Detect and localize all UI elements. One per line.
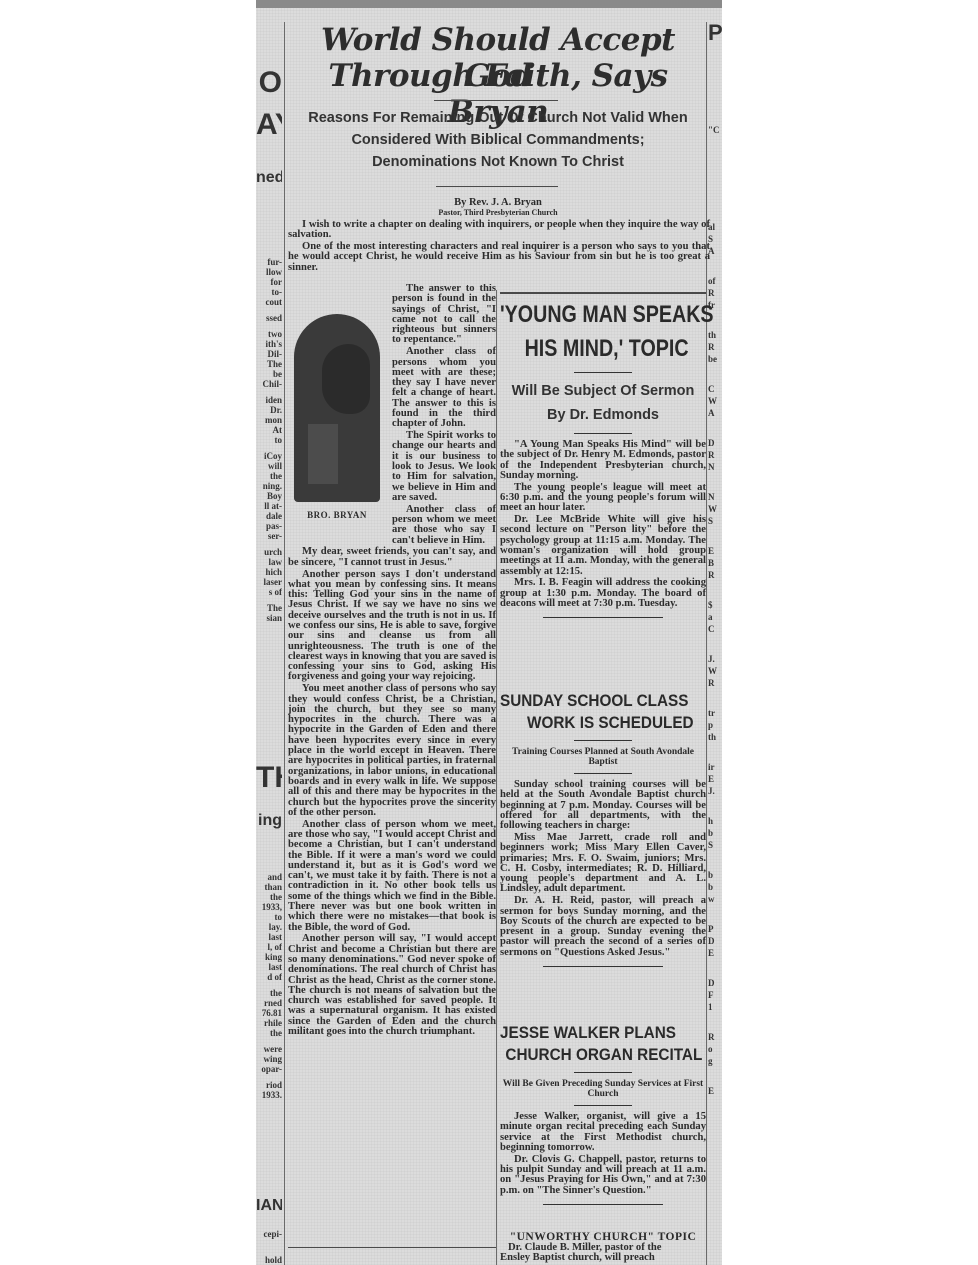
paragraph: Dr. A. H. Reid, pastor, will preach a se…	[500, 896, 706, 958]
left-fragment-text: 1933.	[256, 1091, 282, 1100]
left-fragment-text: rhile	[256, 1019, 282, 1028]
left-fragment-text: rned	[256, 999, 282, 1008]
sunday-school-body: Sunday school training courses will be h…	[500, 780, 706, 958]
right-fragment-text: R	[708, 1032, 722, 1042]
newspaper-page: OAYnedfur-llowforto-coutssedtwoith'sDil-…	[256, 0, 722, 1265]
left-fragment-text: TH	[256, 763, 282, 793]
left-fragment-text: to	[256, 436, 282, 445]
right-fragment-text: S	[708, 840, 722, 850]
young-man-article: 'YOUNG MAN SPEAKS HIS MIND,' TOPIC Will …	[500, 298, 706, 626]
right-fragment-text: al	[708, 222, 722, 232]
main-article-end-rule	[288, 1247, 496, 1248]
paragraph: Miss Mae Jarrett, crade roll and beginne…	[500, 833, 706, 895]
right-fragment-text: R	[708, 288, 722, 298]
right-fragment-text: D	[708, 978, 722, 988]
jesse-walker-subhead: Will Be Given Preceding Sunday Services …	[500, 1079, 706, 1099]
right-fragment-text: 1	[708, 1002, 722, 1012]
byline-author: By Rev. J. A. Bryan	[454, 197, 542, 208]
young-man-subhead-2: By Dr. Edmonds	[500, 403, 706, 427]
left-fragment-text: wing	[256, 1055, 282, 1064]
paragraph: Sunday school training courses will be h…	[500, 780, 706, 831]
right-fragment-text: P	[708, 22, 722, 44]
left-fragment-text: law	[256, 558, 282, 567]
left-fragment-text: cepi-	[256, 1230, 282, 1239]
left-fragment-text: to	[256, 913, 282, 922]
left-fragment-text: ing	[256, 813, 282, 829]
right-fragment-text: C	[708, 624, 722, 634]
left-fragment-text: mon	[256, 416, 282, 425]
right-fragment-text: W	[708, 396, 722, 406]
left-fragment-text: AY	[256, 110, 282, 140]
divider	[574, 1105, 632, 1106]
left-fragment-text: Boy	[256, 492, 282, 501]
young-man-subhead-1: Will Be Subject Of Sermon	[500, 379, 706, 403]
sunday-school-headline-2: WORK IS SCHEDULED	[500, 712, 722, 734]
main-article-column: BRO. BRYAN The answer to this person is …	[288, 284, 496, 1262]
paragraph: Another person will say, "I would accept…	[288, 934, 496, 1037]
photo-caption: BRO. BRYAN	[288, 510, 386, 520]
left-fragment-text: lay.	[256, 923, 282, 932]
right-fragment-text: h	[708, 816, 722, 826]
left-fragment-text: urch	[256, 548, 282, 557]
divider	[543, 1204, 663, 1205]
byline: By Rev. J. A. Bryan Pastor, Third Presby…	[286, 197, 710, 217]
right-fragment-text: $	[708, 600, 722, 610]
young-man-body: "A Young Man Speaks His Mind" will be th…	[500, 440, 706, 609]
paragraph: I wish to write a chapter on dealing wit…	[288, 220, 710, 241]
right-fragment-text: W	[708, 666, 722, 676]
left-fragment-text: sian	[256, 614, 282, 623]
left-fragment-text: fur-	[256, 258, 282, 267]
paragraph: "A Young Man Speaks His Mind" will be th…	[500, 440, 706, 481]
paragraph: Mrs. I. B. Feagin will address the cooki…	[500, 578, 706, 609]
left-fragment-text: 1933,	[256, 903, 282, 912]
deck-line-1: Reasons For Remaining Out Of Church Not …	[286, 107, 710, 129]
right-fragment-text: b	[708, 870, 722, 880]
left-fragment-text: for	[256, 278, 282, 287]
left-fragment-text: pas-	[256, 522, 282, 531]
paragraph: My dear, sweet friends, you can't say, a…	[288, 547, 496, 568]
divider	[543, 966, 663, 967]
bryan-photo: BRO. BRYAN	[288, 314, 386, 544]
sunday-school-subhead: Training Courses Planned at South Avonda…	[500, 747, 706, 767]
left-fragment-text: the	[256, 1029, 282, 1038]
right-fragment-text: E	[708, 546, 722, 556]
left-fragment-text: s of	[256, 588, 282, 597]
left-fragment-text: the	[256, 472, 282, 481]
paragraph: Jesse Walker, organist, will give a 15 m…	[500, 1112, 706, 1153]
left-fragment-text: hich	[256, 568, 282, 577]
right-fragment-text: b	[708, 828, 722, 838]
left-fragment-text: be	[256, 370, 282, 379]
right-fragment-text: R	[708, 450, 722, 460]
sunday-school-article: SUNDAY SCHOOL CLASS WORK IS SCHEDULED Tr…	[500, 690, 706, 975]
right-fragment-text: R	[708, 678, 722, 688]
left-fragment-text: cout	[256, 298, 282, 307]
right-fragment-text: a	[708, 612, 722, 622]
unworthy-church-line-2: Ensley Baptist church, will preach	[500, 1253, 706, 1263]
divider	[574, 740, 632, 741]
divider	[574, 372, 632, 373]
divider	[574, 433, 632, 434]
paragraph: Another person says I don't understand w…	[288, 570, 496, 683]
young-man-headline-1: 'YOUNG MAN SPEAKS	[500, 298, 705, 332]
right-fragment-text: A	[708, 408, 722, 418]
left-fragment-text: Dil-	[256, 350, 282, 359]
left-fragment-text: to-	[256, 288, 282, 297]
byline-title: Pastor, Third Presbyterian Church	[286, 208, 710, 217]
right-fragment-text: B	[708, 558, 722, 568]
left-fragment-text: king	[256, 953, 282, 962]
paragraph: You meet another class of persons who sa…	[288, 684, 496, 818]
left-fragment-text: l, of	[256, 943, 282, 952]
jesse-walker-headline-1: JESSE WALKER PLANS	[500, 1022, 707, 1044]
left-fragment-text: opar-	[256, 1065, 282, 1074]
left-fragment-text: ssed	[256, 314, 282, 323]
right-fragment-text: J.	[708, 654, 722, 664]
page-top-edge	[256, 0, 722, 8]
divider	[574, 1072, 632, 1073]
jesse-walker-headline-2: CHURCH ORGAN RECITAL	[500, 1044, 712, 1066]
right-fragment-text: F	[708, 990, 722, 1000]
right-fragment-text: A	[708, 246, 722, 256]
paragraph: The young people's league will meet at 6…	[500, 483, 706, 514]
right-fragment-text: "C	[708, 125, 722, 135]
right-fragment-text: E	[708, 774, 722, 784]
left-fragment-text: riod	[256, 1081, 282, 1090]
left-fragment-text: IAN	[256, 1198, 282, 1214]
right-fragment-text: D	[708, 936, 722, 946]
left-fragment-text: The	[256, 604, 282, 613]
deck-line-3: Denominations Not Known To Christ	[286, 151, 710, 173]
right-fragment-text: C	[708, 384, 722, 394]
left-fragment-text: 76.81	[256, 1009, 282, 1018]
left-fragment-text: iCoy	[256, 452, 282, 461]
portrait-image	[294, 314, 380, 502]
left-fragment-text: d of	[256, 973, 282, 982]
right-fragment-text: D	[708, 438, 722, 448]
paragraph: Dr. Clovis G. Chappell, pastor, returns …	[500, 1155, 706, 1196]
left-fragment-text: ith's	[256, 340, 282, 349]
right-fragment-text: P	[708, 924, 722, 934]
right-fragment-text: N	[708, 492, 722, 502]
paragraph: Another class of person whom we meet, ar…	[288, 820, 496, 933]
left-fragment-text: ned	[256, 170, 282, 186]
left-fragment-text: O	[256, 68, 282, 98]
left-fragment-text: The	[256, 360, 282, 369]
left-fragment-text: At	[256, 426, 282, 435]
left-fragment-text: two	[256, 330, 282, 339]
sunday-school-headline-1: SUNDAY SCHOOL CLASS	[500, 690, 707, 712]
right-fragment-text: of	[708, 276, 722, 286]
left-fragment-text: hold	[256, 1256, 282, 1265]
right-fragment-text: b	[708, 882, 722, 892]
paragraph: One of the most interesting characters a…	[288, 242, 710, 273]
column-rule-left	[284, 22, 285, 1265]
divider	[574, 773, 632, 774]
unworthy-church-article: "UNWORTHY CHURCH" TOPIC Dr. Claude B. Mi…	[500, 1231, 706, 1264]
left-fragment-text: last	[256, 933, 282, 942]
left-fragment-text: llow	[256, 268, 282, 277]
column-rule-middle	[496, 290, 497, 1265]
deck-divider	[436, 186, 558, 187]
main-article-intro: I wish to write a chapter on dealing wit…	[288, 220, 710, 274]
right-fragment-text: ir	[708, 762, 722, 772]
right-fragment-text: E	[708, 1086, 722, 1096]
jesse-walker-body: Jesse Walker, organist, will give a 15 m…	[500, 1112, 706, 1196]
right-fragment-text: E	[708, 948, 722, 958]
left-fragment-text: the	[256, 989, 282, 998]
left-fragment-text: than	[256, 883, 282, 892]
left-fragment-text: the	[256, 893, 282, 902]
young-man-top-rule	[500, 292, 706, 294]
left-fragment-text: dale	[256, 512, 282, 521]
left-fragment-text: ser-	[256, 532, 282, 541]
left-fragment-text: laser	[256, 578, 282, 587]
right-fragment-text: w	[708, 894, 722, 904]
left-fragment-text: ning.	[256, 482, 282, 491]
deck-line-2: Considered With Biblical Commandments;	[286, 129, 710, 151]
left-fragment-text: Dr.	[256, 406, 282, 415]
left-fragment-text: will	[256, 462, 282, 471]
paragraph: Dr. Lee McBride White will give his seco…	[500, 515, 706, 577]
right-fragment-text: R	[708, 570, 722, 580]
right-fragment-text: N	[708, 462, 722, 472]
left-fragment-text: and	[256, 873, 282, 882]
right-fragment-text: J.	[708, 786, 722, 796]
left-fragment-text: last	[256, 963, 282, 972]
divider	[543, 617, 663, 618]
young-man-headline-2: HIS MIND,' TOPIC	[500, 332, 722, 366]
right-fragment-text: W	[708, 504, 722, 514]
jesse-walker-article: JESSE WALKER PLANS CHURCH ORGAN RECITAL …	[500, 1022, 706, 1213]
headline-divider	[434, 100, 558, 101]
right-fragment-text: S	[708, 234, 722, 244]
left-fragment-text: were	[256, 1045, 282, 1054]
left-fragment-text: Chil-	[256, 380, 282, 389]
left-fragment-text: iden	[256, 396, 282, 405]
right-fragment-text: S	[708, 516, 722, 526]
left-fragment-text: ll at-	[256, 502, 282, 511]
